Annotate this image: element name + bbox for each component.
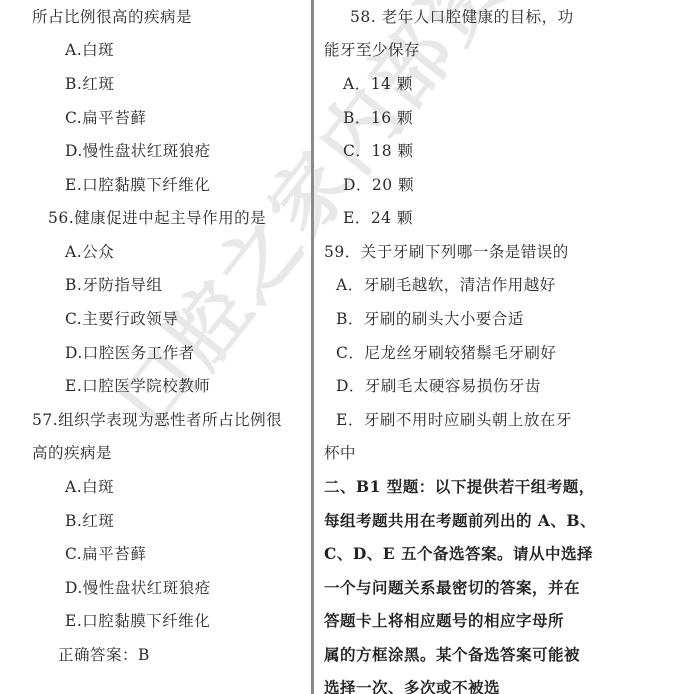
q59-option-d: D．牙刷毛太硬容易损伤牙齿 bbox=[336, 376, 541, 396]
q57-option-e: E.口腔黏膜下纤维化 bbox=[65, 611, 210, 631]
q58-option-a: A．14 颗 bbox=[343, 74, 413, 94]
b1-instructions-line6: 属的方框涂黑。某个备选答案可能被 bbox=[324, 645, 580, 665]
q57-stem-line2: 高的疾病是 bbox=[32, 443, 112, 463]
q58-option-c: C．18 颗 bbox=[343, 141, 414, 161]
q55-option-b: B.红斑 bbox=[65, 74, 114, 94]
q58-option-b: B．16 颗 bbox=[343, 108, 413, 128]
b1-instructions-line2: 每组考题共用在考题前列出的 A、B、 bbox=[324, 511, 596, 531]
q58-stem-line1: 58. 老年人口腔健康的目标，功 bbox=[350, 7, 574, 27]
b1-instructions-line4: 一个与问题关系最密切的答案，并在 bbox=[324, 578, 580, 598]
q57-stem-line1: 57.组织学表现为恶性者所占比例很 bbox=[32, 410, 282, 430]
q56-option-c: C.主要行政领导 bbox=[65, 309, 178, 329]
q56-option-a: A.公众 bbox=[65, 242, 114, 262]
exam-page: 口腔之家内部资料 所占比例很高的疾病是 A.白斑 B.红斑 C.扁平苔藓 D.慢… bbox=[0, 0, 683, 694]
column-divider bbox=[311, 0, 314, 694]
q55-option-c: C.扁平苔藓 bbox=[65, 108, 146, 128]
b1-instructions-line7: 选择一次、多次或不被选 bbox=[324, 678, 500, 694]
q59-option-e: E．牙刷不用时应刷头朝上放在牙 bbox=[336, 410, 572, 430]
b1-instructions-line3: C、D、E 五个备选答案。请从中选择 bbox=[324, 544, 593, 564]
q57-option-d: D.慢性盘状红斑狼疮 bbox=[65, 578, 211, 598]
q57-option-b: B.红斑 bbox=[65, 511, 114, 531]
q56-option-e: E.口腔医学院校教师 bbox=[65, 376, 210, 396]
q59-option-e-tail: 杯中 bbox=[324, 443, 356, 463]
b1-instructions-line5: 答题卡上将相应题号的相应字母所 bbox=[324, 611, 564, 631]
q56-option-b: B.牙防指导组 bbox=[65, 275, 162, 295]
q55-option-a: A.白斑 bbox=[65, 40, 114, 60]
q59-option-c: C．尼龙丝牙刷较猪鬃毛牙刷好 bbox=[336, 343, 556, 363]
q55-stem-tail: 所占比例很高的疾病是 bbox=[32, 7, 192, 27]
q55-option-d: D.慢性盘状红斑狼疮 bbox=[65, 141, 211, 161]
q57-option-c: C.扁平苔藓 bbox=[65, 544, 146, 564]
q59-option-b: B．牙刷的刷头大小要合适 bbox=[336, 309, 524, 329]
q57-option-a: A.白斑 bbox=[65, 477, 114, 497]
q58-option-e: E．24 颗 bbox=[343, 208, 413, 228]
q58-option-d: D．20 颗 bbox=[343, 175, 414, 195]
q58-stem-line2: 能牙至少保存 bbox=[324, 40, 420, 60]
q56-stem: 56.健康促进中起主导作用的是 bbox=[48, 208, 266, 228]
b1-instructions-line1: 二、B1 型题：以下提供若干组考题， bbox=[324, 477, 595, 497]
q55-option-e: E.口腔黏膜下纤维化 bbox=[65, 175, 210, 195]
q57-answer: 正确答案：B bbox=[58, 645, 150, 665]
q59-stem: 59．关于牙刷下列哪一条是错误的 bbox=[324, 242, 569, 262]
q59-option-a: A．牙刷毛越软，清洁作用越好 bbox=[336, 275, 556, 295]
q56-option-d: D.口腔医务工作者 bbox=[65, 343, 195, 363]
